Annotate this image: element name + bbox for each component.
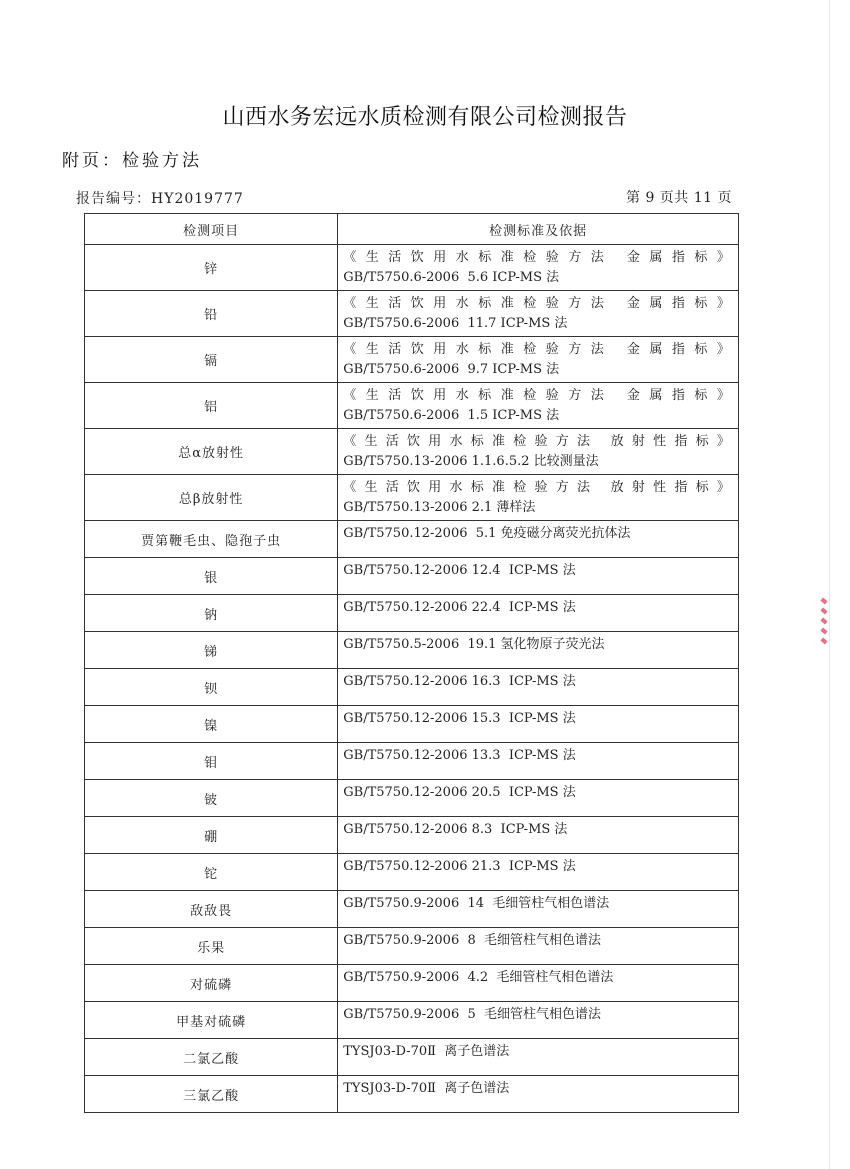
- standard-method: GB/T5750.12-2006 12.4 ICP-MS 法: [343, 561, 738, 581]
- test-item: 锑: [85, 632, 338, 669]
- test-item: 总α放射性: [85, 429, 338, 475]
- test-item: 甲基对硫磷: [85, 1002, 338, 1039]
- test-standard: TYSJ03-D-70Ⅱ 离子色谱法: [338, 1076, 739, 1113]
- table-row: 银GB/T5750.12-2006 12.4 ICP-MS 法: [85, 558, 739, 595]
- table-row: 钡GB/T5750.12-2006 16.3 ICP-MS 法: [85, 669, 739, 706]
- test-item: 锌: [85, 245, 338, 291]
- test-item: 硼: [85, 817, 338, 854]
- table-row: 钼GB/T5750.12-2006 13.3 ICP-MS 法: [85, 743, 739, 780]
- test-item: 敌敌畏: [85, 891, 338, 928]
- standard-book-title: 《生活饮用水标准检验方法 放射性指标》: [343, 478, 738, 498]
- standard-method: GB/T5750.5-2006 19.1 氢化物原子荧光法: [343, 635, 738, 655]
- standard-method: GB/T5750.6-2006 5.6 ICP-MS 法: [343, 268, 738, 288]
- standard-method: GB/T5750.6-2006 1.5 ICP-MS 法: [343, 406, 738, 426]
- table-row: 硼GB/T5750.12-2006 8.3 ICP-MS 法: [85, 817, 739, 854]
- table-row: 锑GB/T5750.5-2006 19.1 氢化物原子荧光法: [85, 632, 739, 669]
- test-item: 二氯乙酸: [85, 1039, 338, 1076]
- test-standard: GB/T5750.12-2006 8.3 ICP-MS 法: [338, 817, 739, 854]
- column-header-standard: 检测标准及依据: [338, 214, 739, 245]
- table-row: 贾第鞭毛虫、隐孢子虫GB/T5750.12-2006 5.1 免疫磁分离荧光抗体…: [85, 521, 739, 558]
- standard-method: GB/T5750.13-2006 1.1.6.5.2 比较测量法: [343, 452, 738, 472]
- test-item: 镉: [85, 337, 338, 383]
- test-item: 镍: [85, 706, 338, 743]
- test-standard: 《生活饮用水标准检验方法 放射性指标》GB/T5750.13-2006 1.1.…: [338, 429, 739, 475]
- test-standard: GB/T5750.12-2006 15.3 ICP-MS 法: [338, 706, 739, 743]
- standard-method: GB/T5750.13-2006 2.1 薄样法: [343, 498, 738, 518]
- test-standard: GB/T5750.12-2006 12.4 ICP-MS 法: [338, 558, 739, 595]
- standard-method: TYSJ03-D-70Ⅱ 离子色谱法: [343, 1079, 738, 1099]
- table-row: 三氯乙酸TYSJ03-D-70Ⅱ 离子色谱法: [85, 1076, 739, 1113]
- table-row: 对硫磷GB/T5750.9-2006 4.2 毛细管柱气相色谱法: [85, 965, 739, 1002]
- standard-method: GB/T5750.6-2006 11.7 ICP-MS 法: [343, 314, 738, 334]
- test-standard: GB/T5750.9-2006 14 毛细管柱气相色谱法: [338, 891, 739, 928]
- test-standard: GB/T5750.12-2006 20.5 ICP-MS 法: [338, 780, 739, 817]
- table-row: 镍GB/T5750.12-2006 15.3 ICP-MS 法: [85, 706, 739, 743]
- test-item: 铅: [85, 291, 338, 337]
- page-info: 第 9 页共 11 页: [626, 187, 732, 207]
- standard-method: GB/T5750.12-2006 8.3 ICP-MS 法: [343, 820, 738, 840]
- standard-method: GB/T5750.6-2006 9.7 ICP-MS 法: [343, 360, 738, 380]
- table-row: 镉《生活饮用水标准检验方法 金属指标》GB/T5750.6-2006 9.7 I…: [85, 337, 739, 383]
- table-row: 总α放射性《生活饮用水标准检验方法 放射性指标》GB/T5750.13-2006…: [85, 429, 739, 475]
- standard-method: TYSJ03-D-70Ⅱ 离子色谱法: [343, 1042, 738, 1062]
- standard-book-title: 《生活饮用水标准检验方法 金属指标》: [343, 248, 738, 268]
- standard-method: GB/T5750.12-2006 15.3 ICP-MS 法: [343, 709, 738, 729]
- standard-method: GB/T5750.12-2006 22.4 ICP-MS 法: [343, 598, 738, 618]
- table-row: 铝《生活饮用水标准检验方法 金属指标》GB/T5750.6-2006 1.5 I…: [85, 383, 739, 429]
- standard-method: GB/T5750.12-2006 20.5 ICP-MS 法: [343, 783, 738, 803]
- table-row: 铅《生活饮用水标准检验方法 金属指标》GB/T5750.6-2006 11.7 …: [85, 291, 739, 337]
- test-item: 总β放射性: [85, 475, 338, 521]
- table-row: 总β放射性《生活饮用水标准检验方法 放射性指标》GB/T5750.13-2006…: [85, 475, 739, 521]
- standard-method: GB/T5750.9-2006 8 毛细管柱气相色谱法: [343, 931, 738, 951]
- table-row: 敌敌畏GB/T5750.9-2006 14 毛细管柱气相色谱法: [85, 891, 739, 928]
- standard-method: GB/T5750.9-2006 14 毛细管柱气相色谱法: [343, 894, 738, 914]
- test-standard: GB/T5750.9-2006 4.2 毛细管柱气相色谱法: [338, 965, 739, 1002]
- standard-book-title: 《生活饮用水标准检验方法 放射性指标》: [343, 432, 738, 452]
- test-standard: 《生活饮用水标准检验方法 金属指标》GB/T5750.6-2006 11.7 I…: [338, 291, 739, 337]
- test-standard: GB/T5750.12-2006 13.3 ICP-MS 法: [338, 743, 739, 780]
- test-item: 钡: [85, 669, 338, 706]
- standard-method: GB/T5750.9-2006 5 毛细管柱气相色谱法: [343, 1005, 738, 1025]
- table-row: 铍GB/T5750.12-2006 20.5 ICP-MS 法: [85, 780, 739, 817]
- test-standard: GB/T5750.9-2006 8 毛细管柱气相色谱法: [338, 928, 739, 965]
- test-standard: TYSJ03-D-70Ⅱ 离子色谱法: [338, 1039, 739, 1076]
- table-body: 锌《生活饮用水标准检验方法 金属指标》GB/T5750.6-2006 5.6 I…: [85, 245, 739, 1113]
- column-header-item: 检测项目: [85, 214, 338, 245]
- table-row: 铊GB/T5750.12-2006 21.3 ICP-MS 法: [85, 854, 739, 891]
- methods-table: 检测项目 检测标准及依据 锌《生活饮用水标准检验方法 金属指标》GB/T5750…: [84, 213, 739, 1113]
- page-edge: [829, 0, 830, 1169]
- test-standard: GB/T5750.12-2006 5.1 免疫磁分离荧光抗体法: [338, 521, 739, 558]
- test-standard: 《生活饮用水标准检验方法 金属指标》GB/T5750.6-2006 9.7 IC…: [338, 337, 739, 383]
- report-number: 报告编号：HY2019777: [76, 188, 244, 208]
- table-row: 锌《生活饮用水标准检验方法 金属指标》GB/T5750.6-2006 5.6 I…: [85, 245, 739, 291]
- standard-method: GB/T5750.9-2006 4.2 毛细管柱气相色谱法: [343, 968, 738, 988]
- table-row: 钠GB/T5750.12-2006 22.4 ICP-MS 法: [85, 595, 739, 632]
- test-item: 贾第鞭毛虫、隐孢子虫: [85, 521, 338, 558]
- test-item: 乐果: [85, 928, 338, 965]
- standard-book-title: 《生活饮用水标准检验方法 金属指标》: [343, 294, 738, 314]
- table-row: 乐果GB/T5750.9-2006 8 毛细管柱气相色谱法: [85, 928, 739, 965]
- test-standard: GB/T5750.9-2006 5 毛细管柱气相色谱法: [338, 1002, 739, 1039]
- standard-method: GB/T5750.12-2006 21.3 ICP-MS 法: [343, 857, 738, 877]
- test-standard: GB/T5750.12-2006 22.4 ICP-MS 法: [338, 595, 739, 632]
- test-item: 铊: [85, 854, 338, 891]
- table-header-row: 检测项目 检测标准及依据: [85, 214, 739, 245]
- test-standard: GB/T5750.5-2006 19.1 氢化物原子荧光法: [338, 632, 739, 669]
- standard-method: GB/T5750.12-2006 5.1 免疫磁分离荧光抗体法: [343, 524, 738, 544]
- appendix-heading: 附页：检验方法: [62, 146, 202, 171]
- red-seal-fragment: [818, 593, 830, 683]
- table-row: 甲基对硫磷GB/T5750.9-2006 5 毛细管柱气相色谱法: [85, 1002, 739, 1039]
- test-item: 对硫磷: [85, 965, 338, 1002]
- standard-method: GB/T5750.12-2006 13.3 ICP-MS 法: [343, 746, 738, 766]
- standard-book-title: 《生活饮用水标准检验方法 金属指标》: [343, 340, 738, 360]
- test-standard: GB/T5750.12-2006 16.3 ICP-MS 法: [338, 669, 739, 706]
- test-item: 三氯乙酸: [85, 1076, 338, 1113]
- test-item: 钠: [85, 595, 338, 632]
- standard-book-title: 《生活饮用水标准检验方法 金属指标》: [343, 386, 738, 406]
- table-row: 二氯乙酸TYSJ03-D-70Ⅱ 离子色谱法: [85, 1039, 739, 1076]
- test-item: 钼: [85, 743, 338, 780]
- report-title: 山西水务宏远水质检测有限公司检测报告: [0, 100, 850, 131]
- test-standard: 《生活饮用水标准检验方法 金属指标》GB/T5750.6-2006 1.5 IC…: [338, 383, 739, 429]
- test-item: 铝: [85, 383, 338, 429]
- test-standard: 《生活饮用水标准检验方法 金属指标》GB/T5750.6-2006 5.6 IC…: [338, 245, 739, 291]
- test-item: 银: [85, 558, 338, 595]
- standard-method: GB/T5750.12-2006 16.3 ICP-MS 法: [343, 672, 738, 692]
- test-item: 铍: [85, 780, 338, 817]
- test-standard: 《生活饮用水标准检验方法 放射性指标》GB/T5750.13-2006 2.1 …: [338, 475, 739, 521]
- test-standard: GB/T5750.12-2006 21.3 ICP-MS 法: [338, 854, 739, 891]
